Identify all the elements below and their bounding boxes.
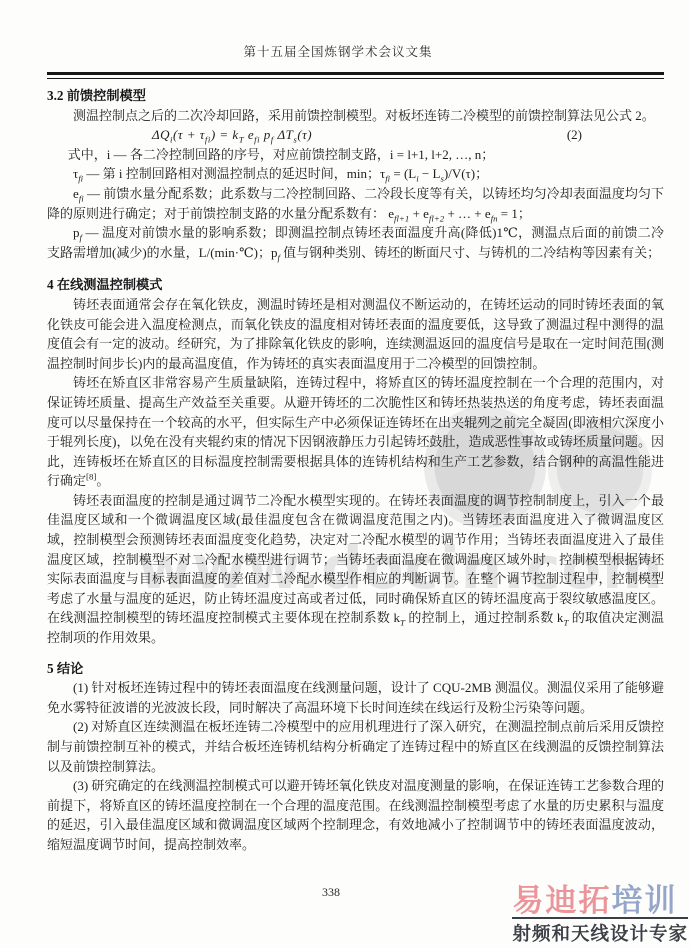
- section-3-2-intro: 测温控制点之后的二次冷却回路，采用前馈控制模型。对板坯连铸二冷模型的前馈控制算法…: [47, 106, 664, 126]
- where-item-p: pf — 温度对前馈水量的影响系数；即测温控制点铸坯表面温度升高(降低)1℃，测…: [47, 223, 664, 262]
- equation-2: ΔQi(τ + τfi) = kT efi pf ΔTs(τ) (2): [47, 125, 664, 145]
- where-item-i: 式中，i — 各二冷控制回路的序号，对应前馈控制支路，i = l+1, l+2,…: [47, 145, 664, 165]
- brand-name-part1: 易迪拓: [512, 883, 611, 918]
- brand-name-part2: 培训: [611, 883, 677, 918]
- section-5-conclusion-3: (3) 研究确定的在线测温控制模式可以避开铸坯氧化铁皮对温度测量的影响，在保证连…: [47, 776, 664, 854]
- page-content: 3.2 前馈控制模型 测温控制点之后的二次冷却回路，采用前馈控制模型。对板坯连铸…: [47, 86, 664, 855]
- section-4-paragraph-1: 铸坯表面通常会存在氧化铁皮，测温时铸坯是相对测温仪不断运动的，在铸坯运动的同时铸…: [47, 295, 664, 373]
- section-4-paragraph-3: 铸坯表面温度的控制是通过调节二冷配水模型实现的。在铸坯表面温度的调节控制制度上，…: [47, 491, 664, 648]
- section-5-heading: 5 结论: [47, 659, 664, 679]
- equation-number: (2): [567, 125, 582, 145]
- section-3-2-heading: 3.2 前馈控制模型: [47, 86, 664, 106]
- section-4-paragraph-2: 铸坯在矫直区非常容易产生质量缺陷，连铸过程中，将矫直区的铸坯温度控制在一个合理的…: [47, 373, 664, 491]
- training-brand-logo: 易迪拓培训: [512, 886, 688, 916]
- equation-formula: ΔQi(τ + τfi) = kT efi pf ΔTs(τ): [152, 127, 312, 142]
- brand-subtitle: 射频和天线设计专家: [512, 917, 688, 946]
- document-page: 第十五届全国炼钢学术会议文集 www.docin.com 3.2 前馈控制模型 …: [0, 0, 690, 948]
- header-rule: [47, 72, 664, 79]
- section-5-conclusion-1: (1) 针对板坯连铸过程中的铸坯表面温度在线测量问题，设计了 CQU-2MB 测…: [47, 678, 664, 717]
- running-header: 第十五届全国炼钢学术会议文集: [0, 42, 676, 60]
- where-item-e: efi — 前馈水量分配系数；此系数与二冷控制回路、二冷段长度等有关，以铸坯均匀…: [47, 184, 664, 223]
- section-5-conclusion-2: (2) 对矫直区连续测温在板坯连铸二冷模型中的应用机理进行了深入研究，在测温控制…: [47, 717, 664, 776]
- section-4-heading: 4 在线测温控制模式: [47, 275, 664, 295]
- where-item-tau: τfi — 第 i 控制回路相对测温控制点的延迟时间，min；τfi = (Li…: [47, 164, 664, 184]
- training-brand-watermark: 易迪拓培训 射频和天线设计专家: [512, 886, 688, 946]
